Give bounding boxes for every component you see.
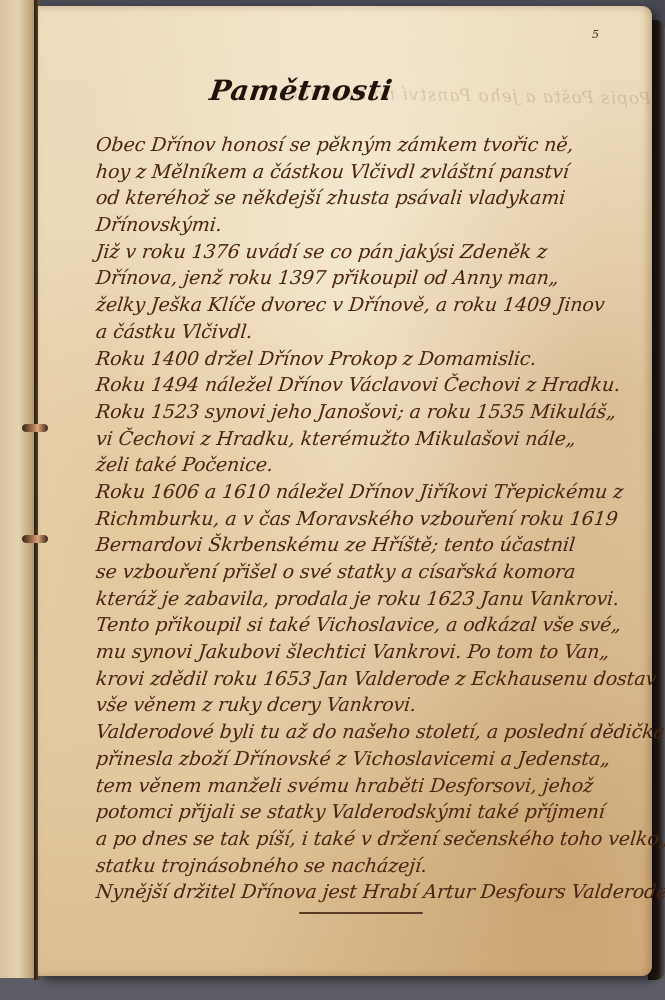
text-line: želky Ješka Klíče dvorec v Dřínově, a ro… (95, 292, 654, 319)
text-line: vše věnem z ruky dcery Vankrovi. (95, 692, 654, 719)
text-line: Richmburku, a v čas Moravského vzbouření… (95, 506, 654, 533)
text-line: statku trojnásobného se nacházejí. (95, 853, 654, 880)
page-number: 5 (592, 28, 599, 41)
text-line: Roku 1400 držel Dřínov Prokop z Domamisl… (95, 346, 654, 373)
text-line: Dřínova, jenž roku 1397 přikoupil od Ann… (95, 265, 654, 292)
text-line: potomci přijali se statky Valderodskými … (95, 799, 654, 826)
text-line: Bernardovi Škrbenskému ze Hříště; tento … (95, 532, 654, 559)
previous-page-edge (0, 0, 36, 978)
text-line: se vzbouření přišel o své statky a císař… (95, 559, 654, 586)
text-line: tem věnem manželi svému hraběti Desforso… (95, 773, 654, 800)
binding-ring-icon (22, 424, 48, 432)
binding-ring-icon (22, 535, 48, 543)
text-line: Roku 1494 náležel Dřínov Václavovi Čecho… (95, 372, 654, 399)
text-line: Dřínovskými. (95, 212, 654, 239)
text-line: kteráž je zabavila, prodala je roku 1623… (95, 586, 654, 613)
closing-rule-divider (299, 912, 423, 914)
document-photo: 5 Popis Pošta a jeho Panství na Seznamu … (0, 0, 665, 1000)
text-line: krovi zdědil roku 1653 Jan Valderode z E… (95, 666, 654, 693)
text-line: Valderodové byli tu až do našeho století… (95, 719, 654, 746)
text-line: mu synovi Jakubovi šlechtici Vankrovi. P… (95, 639, 654, 666)
text-line: vi Čechovi z Hradku, kterémužto Mikulašo… (95, 426, 654, 453)
text-line: Již v roku 1376 uvádí se co pán jakýsi Z… (95, 239, 654, 266)
text-line: a částku Vlčivdl. (95, 319, 654, 346)
text-line: přinesla zboží Dřínovské z Vichoslavicem… (95, 746, 654, 773)
text-line: od kteréhož se někdejší zhusta psávali v… (95, 185, 654, 212)
text-line: a po dnes se tak píší, i také v držení s… (95, 826, 654, 853)
text-line: Obec Dřínov honosí se pěkným zámkem tvoř… (95, 132, 654, 159)
text-line: Roku 1606 a 1610 náležel Dřínov Jiříkovi… (95, 479, 654, 506)
text-line: želi také Počenice. (95, 452, 654, 479)
handwritten-text-block: Obec Dřínov honosí se pěkným zámkem tvoř… (96, 132, 652, 906)
page-title: Pamětnosti (208, 74, 395, 107)
text-line: hoy z Mělníkem a částkou Vlčivdl zvláštn… (95, 159, 654, 186)
text-line: Roku 1523 synovi jeho Janošovi; a roku 1… (95, 399, 654, 426)
text-line: Tento přikoupil si také Vichoslavice, a … (95, 612, 654, 639)
text-line: Nynější držitel Dřínova jest Hrabí Artur… (95, 879, 654, 906)
